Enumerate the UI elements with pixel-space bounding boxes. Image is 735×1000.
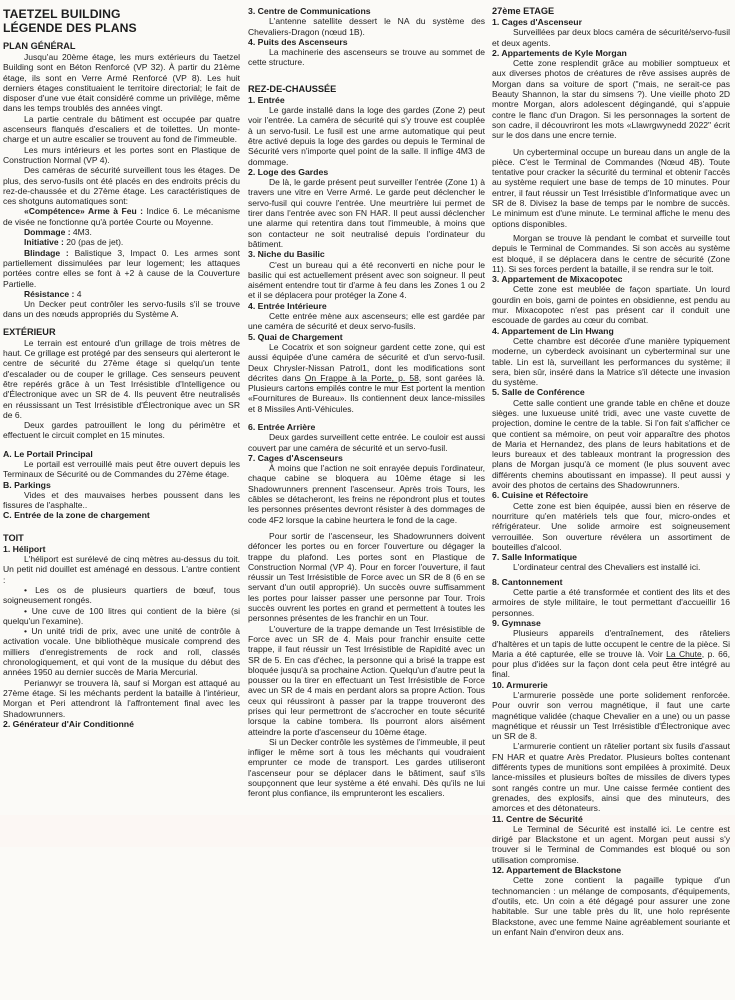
paragraph: L'antenne satellite dessert le NA du sys… [248,16,485,37]
bullet-item: • Une cuve de 100 litres qui contient de… [3,606,240,627]
heading-cages-ascenseurs: 7. Cages d'Ascenseurs [248,453,485,463]
paragraph: Le Terminal de Sécurité est installé ici… [492,824,730,865]
heading-centre-securite: 11. Centre de Sécurité [492,814,730,824]
stat-initiative: Initiative : 20 (pas de jet). [3,237,240,247]
paragraph: Le portail est verrouillé mais peut être… [3,459,240,480]
bullet-item: • Un unité tridi de prix, avec une unité… [3,626,240,677]
paragraph: Si un Decker contrôle les systèmes de l'… [248,737,485,799]
heading-salle-informatique: 7. Salle Informatique [492,552,730,562]
paragraph: Vides et des mauvaises herbes poussent d… [3,490,240,511]
heading-cuisine: 6. Cuisine et Réfectoire [492,490,730,500]
paragraph: L'armurerie possède une porte solidement… [492,690,730,741]
heading-exterieur: EXTÉRIEUR [3,327,240,338]
book-reference: La Chute [666,649,702,659]
heading-27eme-etage: 27ème ETAGE [492,6,730,17]
paragraph: Jusqu'au 20ème étage, les murs extérieur… [3,52,240,114]
stat-competence: «Compétence» Arme à Feu : Indice 6. Le m… [3,206,240,227]
stat-dommage: Dommage : 4M3. [3,227,240,237]
paragraph: Perianwyr se trouvera là, sauf si Morgan… [3,678,240,719]
paragraph: Cette zone resplendit grâce au mobilier … [492,58,730,140]
paragraph: La machinerie des ascenseurs se trouve a… [248,47,485,68]
paragraph: Pour sortir de l'ascenseur, les Shadowru… [248,531,485,624]
stat-label: Blindage : [24,248,69,258]
book-reference: On Frappe à la Porte, p. 58 [305,373,419,383]
paragraph: La partie centrale du bâtiment est occup… [3,114,240,145]
heading-zone-chargement: C. Entrée de la zone de chargement [3,510,240,520]
paragraph: Un Decker peut contrôler les servo-fusil… [3,299,240,320]
heading-centre-communications: 3. Centre de Communications [248,6,485,16]
paragraph: Cette salle contient une grande table en… [492,398,730,491]
document-title: TAETZEL BUILDING LÉGENDE DES PLANS [3,8,240,35]
heading-entree: 1. Entrée [248,95,485,105]
heading-plan-general: PLAN GÉNÉRAL [3,41,240,52]
paragraph: Le Cocatrix et son soigneur gardent cett… [248,342,485,414]
paragraph: Deux gardes patrouillent le long du péri… [3,420,240,441]
column-right: 27ème ETAGE 1. Cages d'Ascenseur Surveil… [492,6,730,937]
paragraph: Un cyberterminal occupe un bureau dans u… [492,147,730,229]
paragraph: Deux gardes surveillent cette entrée. Le… [248,432,485,453]
paragraph: L'armurerie contient un râtelier portant… [492,741,730,813]
bullet-item: • Les os de plusieurs quartiers de bœuf,… [3,585,240,606]
heading-gymnase: 9. Gymnase [492,618,730,628]
paragraph: Cette zone contient la pagaille typique … [492,875,730,937]
stat-label: Résistance : [24,289,74,299]
paragraph: Cette chambre est décorée d'une manière … [492,336,730,387]
heading-puits-ascenseurs: 4. Puits des Ascenseurs [248,37,485,47]
heading-armurerie: 10. Armurerie [492,680,730,690]
paragraph: Cette zone est bien équipée, aussi bien … [492,501,730,552]
heading-entree-interieure: 4. Entrée Intérieure [248,301,485,311]
stat-label: Initiative : [24,237,64,247]
heading-cantonnement: 8. Cantonnement [492,577,730,587]
paragraph: Le terrain est entouré d'un grillage de … [3,338,240,420]
stat-resistance: Résistance : 4 [3,289,240,299]
heading-appartement-lin-hwang: 4. Appartement de Lin Hwang [492,326,730,336]
paragraph: Morgan se trouve là pendant le combat et… [492,233,730,274]
document-page: TAETZEL BUILDING LÉGENDE DES PLANS PLAN … [0,0,735,1000]
paragraph: C'est un bureau qui a été reconverti en … [248,260,485,301]
heading-appartement-blackstone: 12. Appartement de Blackstone [492,865,730,875]
title-line-2: LÉGENDE DES PLANS [3,22,240,36]
heading-salle-conference: 5. Salle de Conférence [492,387,730,397]
stat-label: Dommage : [24,227,71,237]
title-line-1: TAETZEL BUILDING [3,8,240,22]
column-middle: 3. Centre de Communications L'antenne sa… [248,6,485,799]
paragraph: L'héliport est surélevé de cinq mètres a… [3,554,240,585]
paragraph: Des caméras de sécurité surveillent tous… [3,165,240,206]
paragraph: Cette entrée mène aux ascenseurs; elle e… [248,311,485,332]
heading-heliport: 1. Héliport [3,544,240,554]
heading-entree-arriere: 6. Entrée Arrière [248,422,485,432]
heading-portail: A. Le Portail Principal [3,449,240,459]
paragraph: De là, le garde présent peut surveiller … [248,177,485,249]
stat-value: 4M3. [73,227,92,237]
heading-niche-basilic: 3. Niche du Basilic [248,249,485,259]
heading-parkings: B. Parkings [3,480,240,490]
paragraph: À moins que l'action ne soit enrayée dep… [248,463,485,525]
paragraph: Plusieurs appareils d'entraînement, des … [492,628,730,679]
heading-loge-gardes: 2. Loge des Gardes [248,167,485,177]
paragraph: L'ordinateur central des Chevaliers est … [492,562,730,572]
stat-value: 4 [77,289,82,299]
stat-label: «Compétence» Arme à Feu : [24,206,143,216]
heading-quai-chargement: 5. Quai de Chargement [248,332,485,342]
heading-appartement-mixacopotec: 3. Appartement de Mixacopotec [492,274,730,284]
paragraph: Surveillées par deux blocs caméra de séc… [492,27,730,48]
heading-generateur: 2. Générateur d'Air Conditionné [3,719,240,729]
paragraph: Cette zone est meublée de façon spartiat… [492,284,730,325]
paragraph: L'ouverture de la trappe demande un Test… [248,624,485,737]
heading-cages-ascenseur: 1. Cages d'Ascenseur [492,17,730,27]
stat-blindage: Blindage : Balistique 3, Impact 0. Les a… [3,248,240,289]
column-left: TAETZEL BUILDING LÉGENDE DES PLANS PLAN … [3,6,240,729]
paragraph: Les murs intérieurs et les portes sont e… [3,145,240,166]
heading-appartements-morgan: 2. Appartements de Kyle Morgan [492,48,730,58]
paragraph: Cette partie a été transformée et contie… [492,587,730,618]
stat-value: 20 (pas de jet). [66,237,123,247]
paragraph: Le garde installé dans la loge des garde… [248,105,485,167]
heading-toit: TOIT [3,533,240,544]
heading-rez-de-chaussee: REZ-DE-CHAUSSÉE [248,84,485,95]
